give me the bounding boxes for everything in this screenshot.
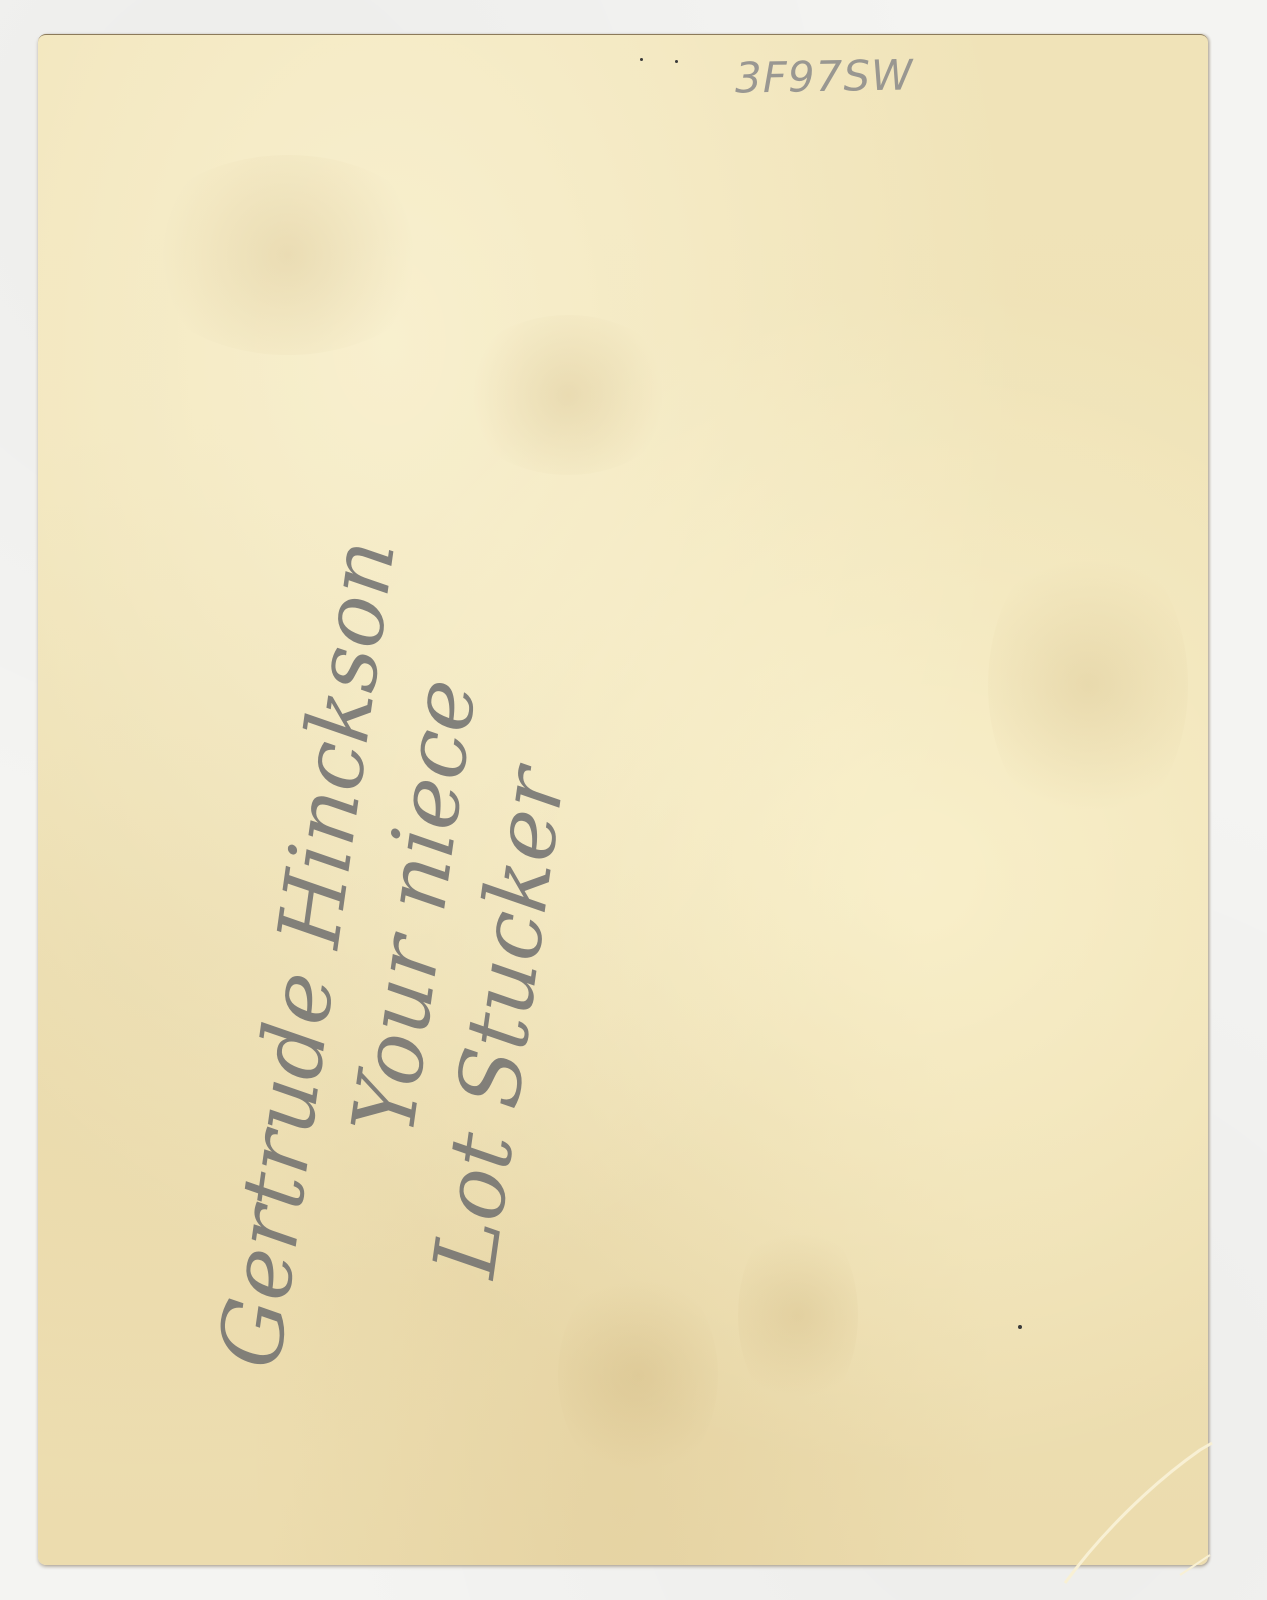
paper-stain xyxy=(138,155,438,355)
paper-speck xyxy=(675,60,678,63)
paper-stain xyxy=(558,1265,718,1485)
catalog-number: 3F97SW xyxy=(735,50,914,102)
corner-crease xyxy=(1060,1405,1220,1585)
paper-stain xyxy=(988,535,1188,835)
paper-speck xyxy=(640,58,643,61)
paper-stain xyxy=(738,1215,858,1415)
paper-speck xyxy=(1018,1325,1022,1329)
